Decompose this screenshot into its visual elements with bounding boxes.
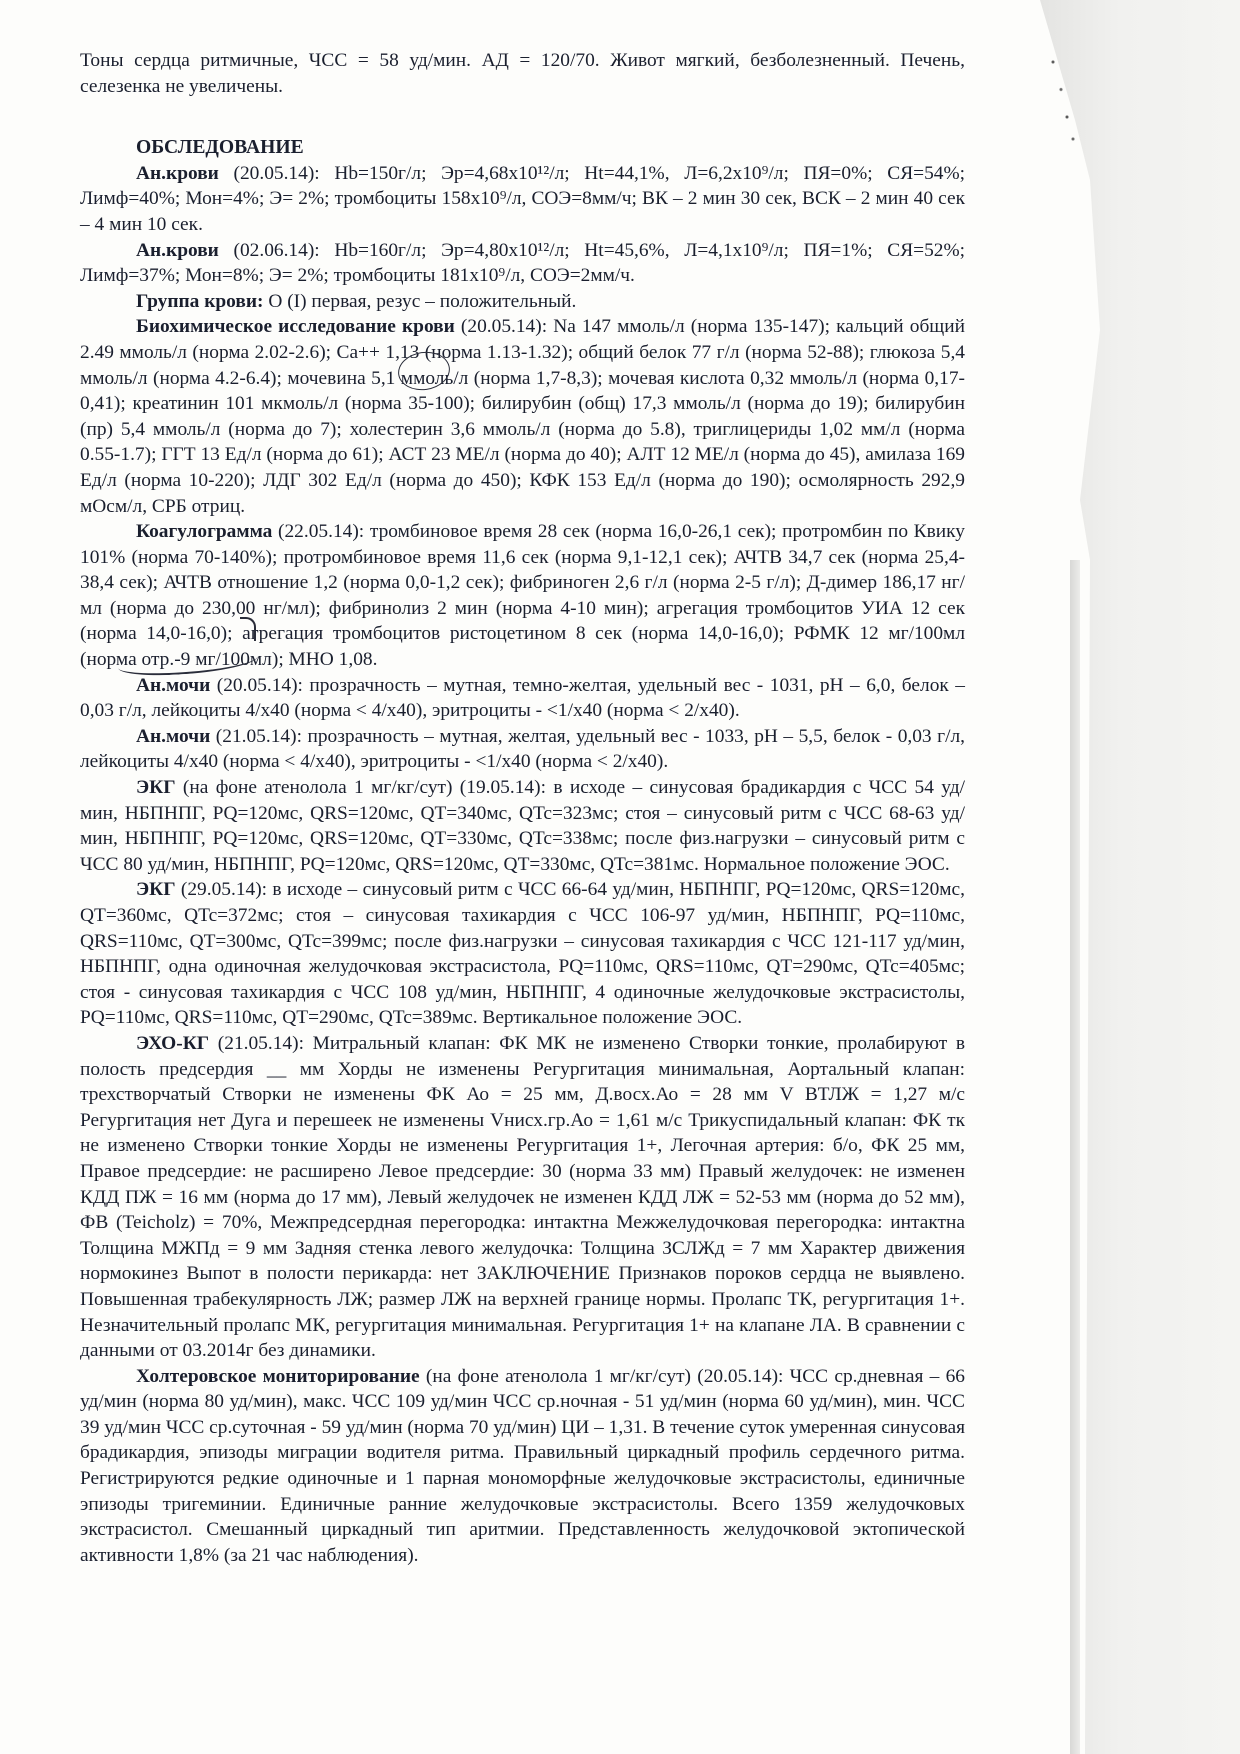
ecg-2: ЭКГ (29.05.14): в исходе – синусовый рит… (80, 877, 965, 1031)
blood-group: Группа крови: О (I) первая, резус – поло… (80, 289, 965, 315)
blood-test-1: Ан.крови (20.05.14): Hb=150г/л; Эр=4,68х… (80, 161, 965, 238)
paragraph-label: Ан.крови (136, 163, 219, 184)
urine-test-2: Ан.мочи (21.05.14): прозрачность – мутна… (80, 724, 965, 775)
paragraph-label: Ан.мочи (136, 675, 210, 696)
biochemistry: Биохимическое исследование крови (20.05.… (80, 314, 965, 519)
paragraph-label: Биохимическое исследование крови (136, 316, 455, 337)
document-body: Тоны сердца ритмичные, ЧСС = 58 уд/мин. … (80, 48, 965, 1568)
paragraph-label: ЭКГ (136, 879, 176, 900)
paragraph-label: ЭКГ (136, 777, 176, 798)
section-title: ОБСЛЕДОВАНИЕ (136, 135, 965, 161)
handwritten-hook-mark (240, 617, 256, 641)
paper-curl-edge (1070, 560, 1080, 1754)
paragraph-label: Холтеровское мониторирование (136, 1366, 420, 1387)
paragraph-label: Группа крови: (136, 291, 264, 312)
holter-monitoring: Холтеровское мониторирование (на фоне ат… (80, 1364, 965, 1569)
paragraph-text: (21.05.14): прозрачность – мутная, желта… (80, 726, 965, 773)
paragraph-text: (на фоне атенолола 1 мг/кг/сут) (19.05.1… (80, 777, 965, 875)
paragraph-text: О (I) первая, резус – положительный. (264, 291, 577, 312)
paragraph-text: (20.05.14): прозрачность – мутная, темно… (80, 675, 965, 722)
paragraph-text: (на фоне атенолола 1 мг/кг/сут) (20.05.1… (80, 1366, 965, 1566)
paragraph-label: Ан.мочи (136, 726, 210, 747)
ecg-1: ЭКГ (на фоне атенолола 1 мг/кг/сут) (19.… (80, 775, 965, 877)
paragraph-text: (21.05.14): Митральный клапан: ФК МК не … (80, 1033, 965, 1361)
urine-test-1: Ан.мочи (20.05.14): прозрачность – мутна… (80, 673, 965, 724)
paragraph-label: ЭХО-КГ (136, 1033, 209, 1054)
paragraph-label: Ан.крови (136, 240, 219, 261)
blood-test-2: Ан.крови (02.06.14): Hb=160г/л; Эр=4,80х… (80, 238, 965, 289)
exam-intro: Тоны сердца ритмичные, ЧСС = 58 уд/мин. … (80, 48, 965, 99)
paragraph-text: (20.05.14): Na 147 ммоль/л (норма 135-14… (80, 316, 965, 516)
scan-specks (1045, 40, 1085, 150)
paragraph-label: Коагулограмма (136, 521, 272, 542)
echocardiography: ЭХО-КГ (21.05.14): Митральный клапан: ФК… (80, 1031, 965, 1364)
paragraph-text: (29.05.14): в исходе – синусовый ритм с … (80, 879, 965, 1028)
